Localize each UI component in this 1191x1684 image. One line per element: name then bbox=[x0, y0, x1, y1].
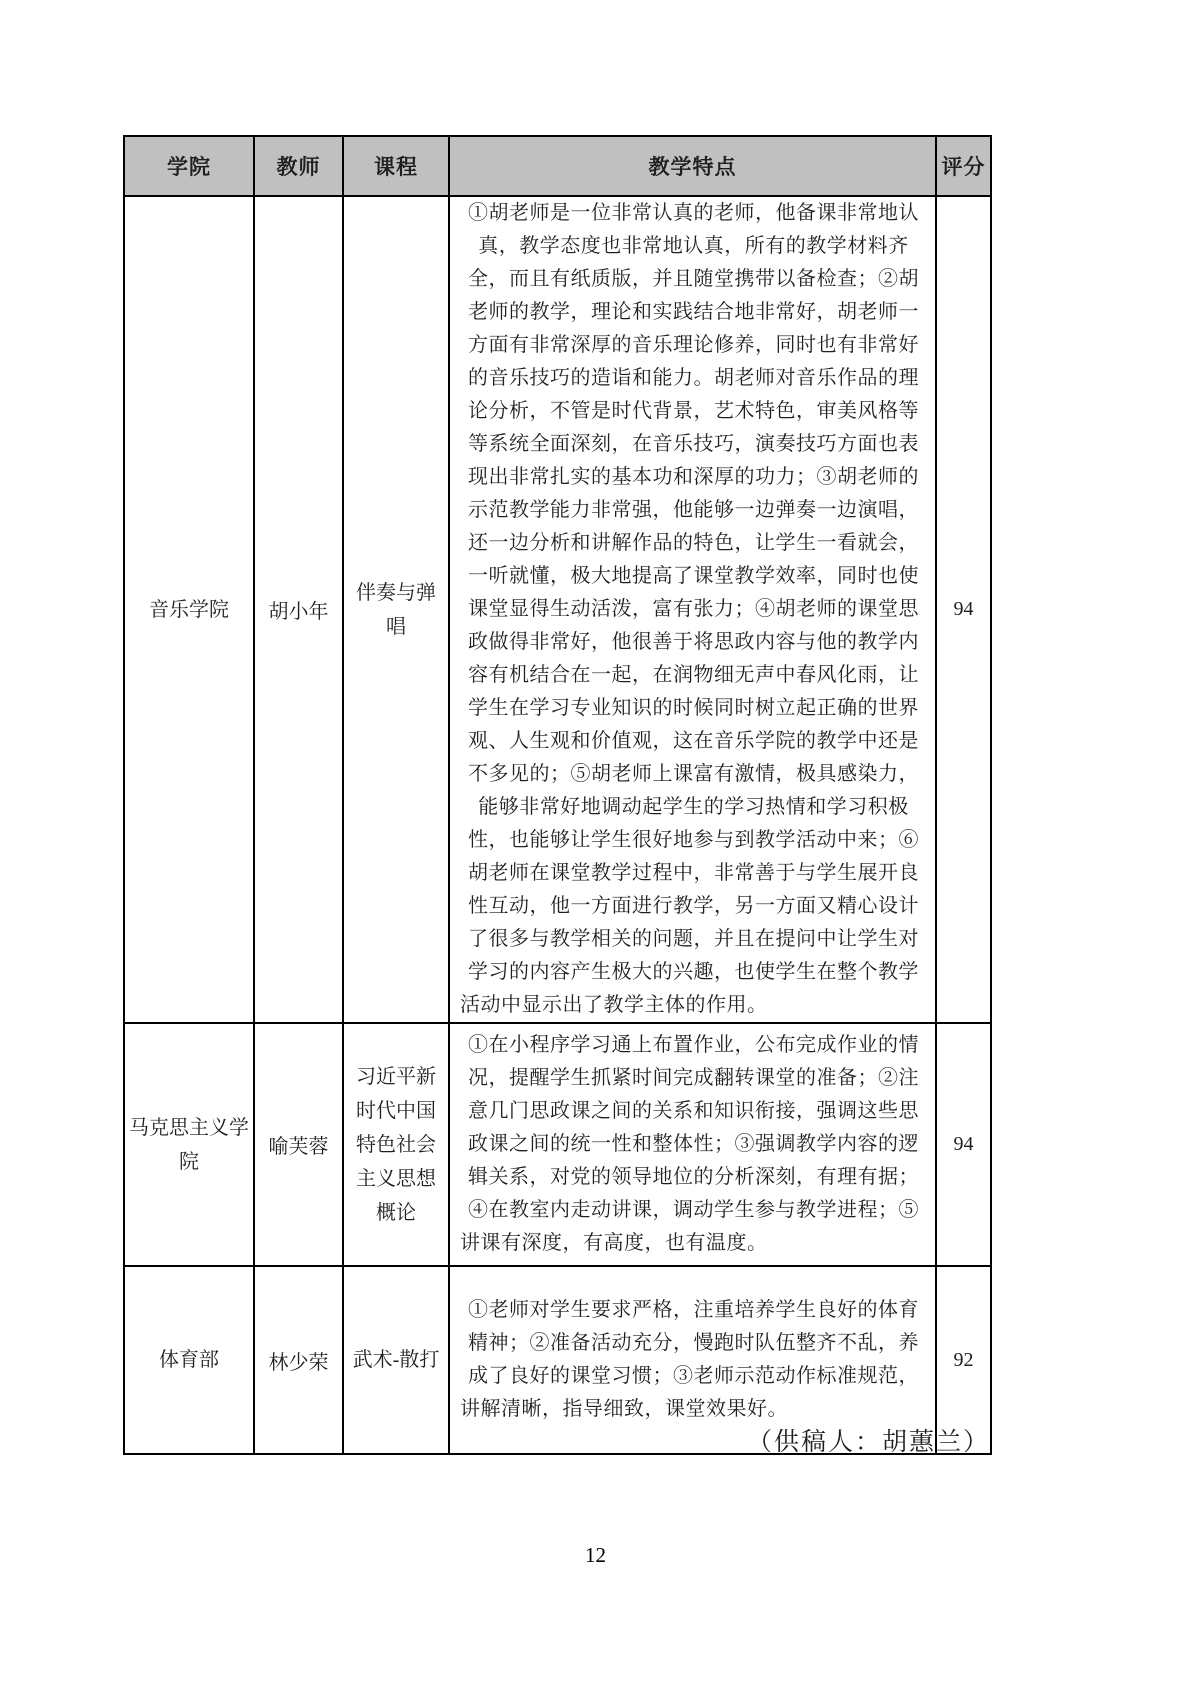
header-college: 学院 bbox=[124, 136, 254, 196]
cell-course: 习近平新时代中国特色社会主义思想概论 bbox=[343, 1023, 449, 1266]
cell-score: 94 bbox=[936, 196, 991, 1023]
header-features: 教学特点 bbox=[449, 136, 936, 196]
cell-course: 伴奏与弹唱 bbox=[343, 196, 449, 1023]
cell-features: ①在小程序学习通上布置作业，公布完成作业的情况，提醒学生抓紧时间完成翻转课堂的准… bbox=[449, 1023, 936, 1266]
evaluation-table-container: 学院 教师 课程 教学特点 评分 音乐学院 胡小年 伴奏与弹唱 ①胡老师是一位非… bbox=[123, 135, 990, 1455]
page-number: 12 bbox=[0, 1543, 1191, 1568]
cell-teacher: 喻芙蓉 bbox=[254, 1023, 343, 1266]
cell-college: 马克思主义学院 bbox=[124, 1023, 254, 1266]
header-teacher: 教师 bbox=[254, 136, 343, 196]
header-row: 学院 教师 课程 教学特点 评分 bbox=[124, 136, 991, 196]
cell-features: ①胡老师是一位非常认真的老师，他备课非常地认真，教学态度也非常地认真，所有的教学… bbox=[449, 196, 936, 1023]
cell-college: 音乐学院 bbox=[124, 196, 254, 1023]
cell-score: 94 bbox=[936, 1023, 991, 1266]
cell-teacher: 胡小年 bbox=[254, 196, 343, 1023]
table-row: 音乐学院 胡小年 伴奏与弹唱 ①胡老师是一位非常认真的老师，他备课非常地认真，教… bbox=[124, 196, 991, 1023]
table-row: 马克思主义学院 喻芙蓉 习近平新时代中国特色社会主义思想概论 ①在小程序学习通上… bbox=[124, 1023, 991, 1266]
header-course: 课程 bbox=[343, 136, 449, 196]
teaching-evaluation-table: 学院 教师 课程 教学特点 评分 音乐学院 胡小年 伴奏与弹唱 ①胡老师是一位非… bbox=[123, 135, 992, 1455]
contributor-credit: （供稿人：胡蕙兰） bbox=[123, 1422, 990, 1458]
header-score: 评分 bbox=[936, 136, 991, 196]
